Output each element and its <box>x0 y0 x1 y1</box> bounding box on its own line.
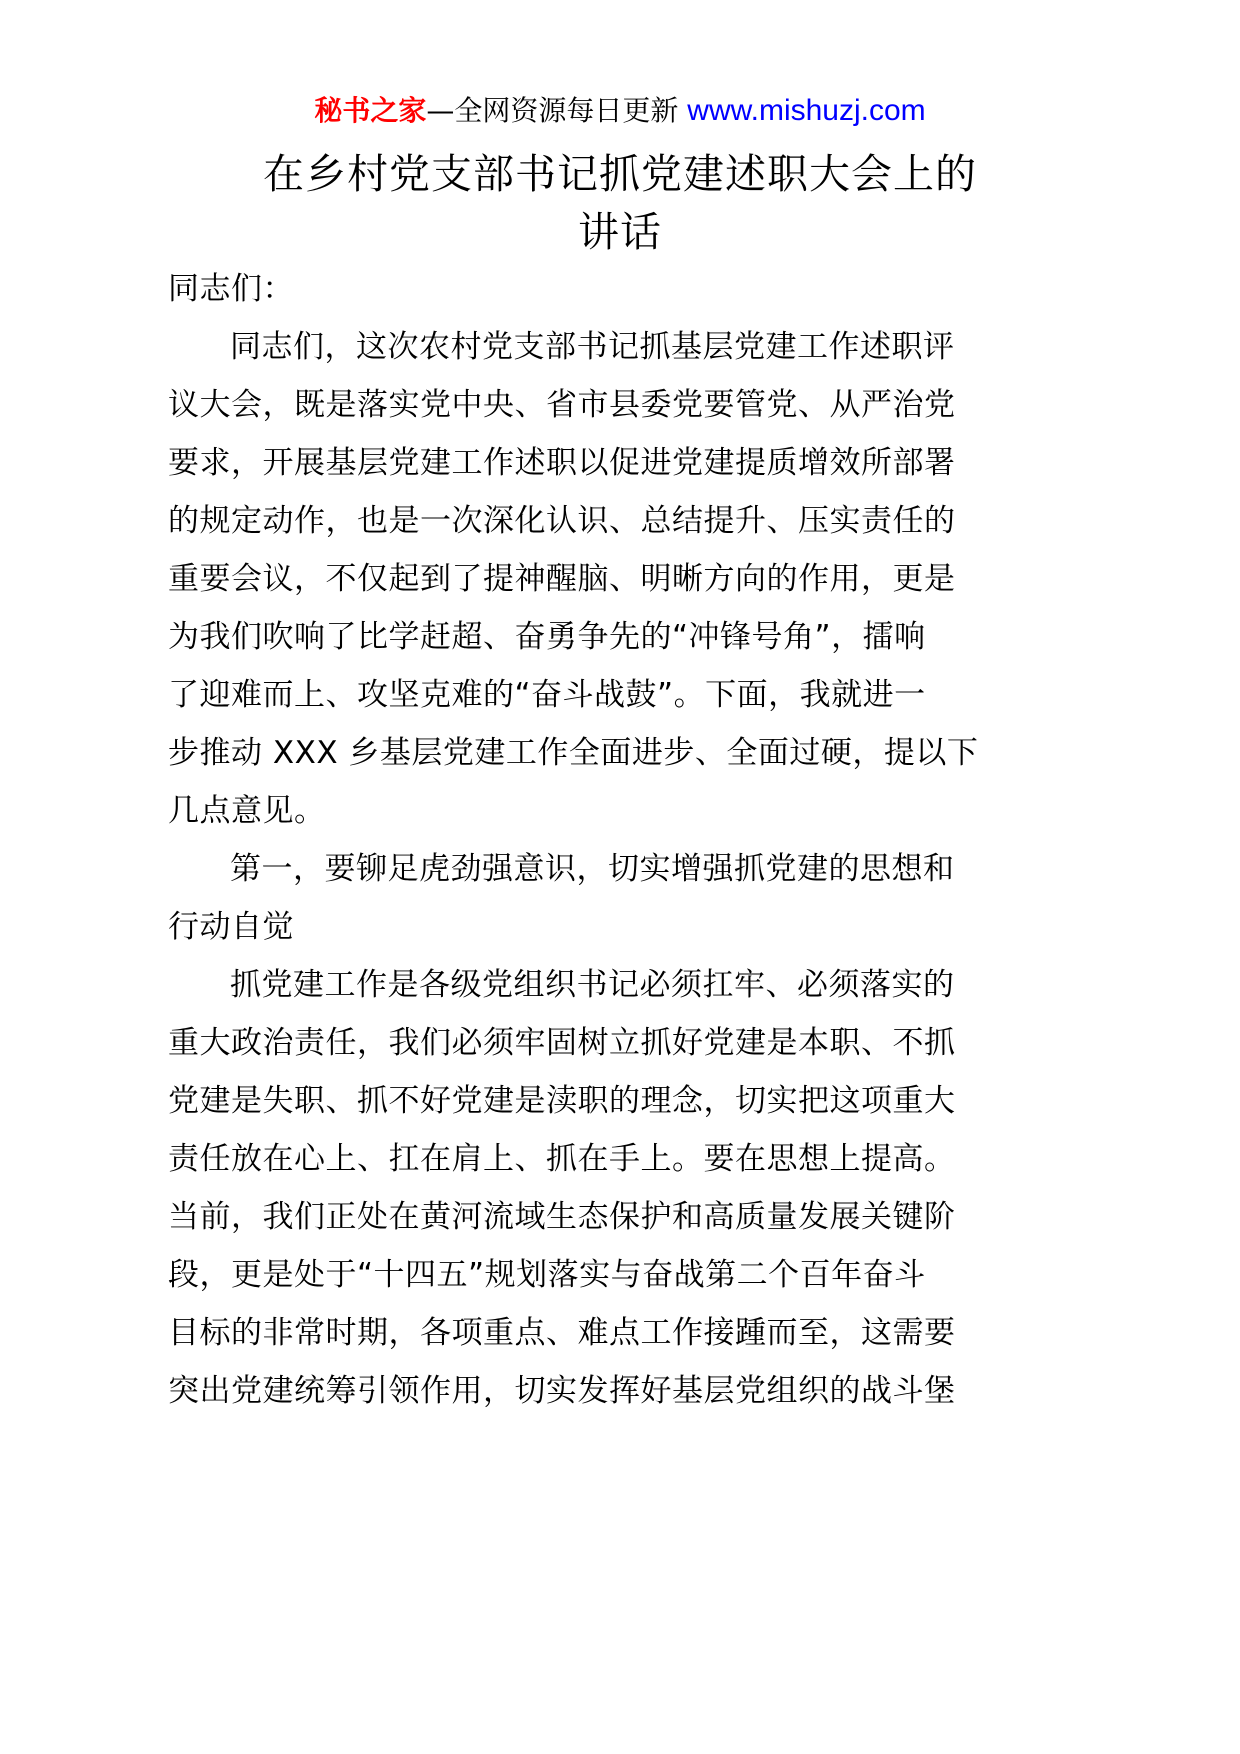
paragraph-line: 要求，开展基层党建工作述职以促进党建提质增效所部署 <box>168 434 942 492</box>
paragraph-line: 当前，我们正处在黄河流域生态保护和高质量发展关键阶 <box>168 1188 942 1246</box>
paragraph-line: 了迎难而上、攻坚克难的“奋斗战鼓”。下面，我就进一 <box>168 666 942 724</box>
section-heading-line: 第一，要铆足虎劲强意识，切实增强抓党建的思想和 <box>168 840 942 898</box>
salutation: 同志们： <box>168 260 942 318</box>
document-title: 在乡村党支部书记抓党建述职大会上的 讲话 <box>170 145 1070 261</box>
paragraph-line: 突出党建统筹引领作用，切实发挥好基层党组织的战斗堡 <box>168 1362 942 1420</box>
paragraph-line: 议大会，既是落实党中央、省市县委党要管党、从严治党 <box>168 376 942 434</box>
paragraph-line: 的规定动作，也是一次深化认识、总结提升、压实责任的 <box>168 492 942 550</box>
paragraph-line: 同志们，这次农村党支部书记抓基层党建工作述职评 <box>168 318 942 376</box>
paragraph-line: 抓党建工作是各级党组织书记必须扛牢、必须落实的 <box>168 956 942 1014</box>
paragraph-line: 责任放在心上、扛在肩上、抓在手上。要在思想上提高。 <box>168 1130 942 1188</box>
site-name: 秘书之家 <box>314 94 426 127</box>
site-slogan: —全网资源每日更新 <box>426 94 678 127</box>
document-page: 秘书之家—全网资源每日更新 www.mishuzj.com 在乡村党支部书记抓党… <box>0 0 1240 1754</box>
section-heading-first: 第一，要铆足虎劲强意识，切实增强抓党建的思想和 行动自觉 <box>168 840 942 956</box>
section-heading-line: 行动自觉 <box>168 898 942 956</box>
site-url-link[interactable]: www.mishuzj.com <box>687 94 925 127</box>
paragraph-line: 党建是失职、抓不好党建是渎职的理念，切实把这项重大 <box>168 1072 942 1130</box>
paragraph-line: 目标的非常时期，各项重点、难点工作接踵而至，这需要 <box>168 1304 942 1362</box>
paragraph-responsibility: 抓党建工作是各级党组织书记必须扛牢、必须落实的 重大政治责任，我们必须牢固树立抓… <box>168 956 942 1420</box>
paragraph-line: 为我们吹响了比学赶超、奋勇争先的“冲锋号角”，擂响 <box>168 608 942 666</box>
paragraph-line: 步推动 XXX 乡基层党建工作全面进步、全面过硬，提以下 <box>168 724 942 782</box>
paragraph-intro: 同志们，这次农村党支部书记抓基层党建工作述职评 议大会，既是落实党中央、省市县委… <box>168 318 942 840</box>
document-body: 同志们： 同志们，这次农村党支部书记抓基层党建工作述职评 议大会，既是落实党中央… <box>168 260 942 1420</box>
document-title-line-1: 在乡村党支部书记抓党建述职大会上的 <box>170 145 1070 203</box>
site-header-banner: 秘书之家—全网资源每日更新 www.mishuzj.com <box>0 92 1240 130</box>
paragraph-line: 重大政治责任，我们必须牢固树立抓好党建是本职、不抓 <box>168 1014 942 1072</box>
paragraph-line: 几点意见。 <box>168 782 942 840</box>
paragraph-line: 重要会议，不仅起到了提神醒脑、明晰方向的作用，更是 <box>168 550 942 608</box>
document-title-line-2: 讲话 <box>170 203 1070 261</box>
paragraph-line: 段，更是处于“十四五”规划落实与奋战第二个百年奋斗 <box>168 1246 942 1304</box>
